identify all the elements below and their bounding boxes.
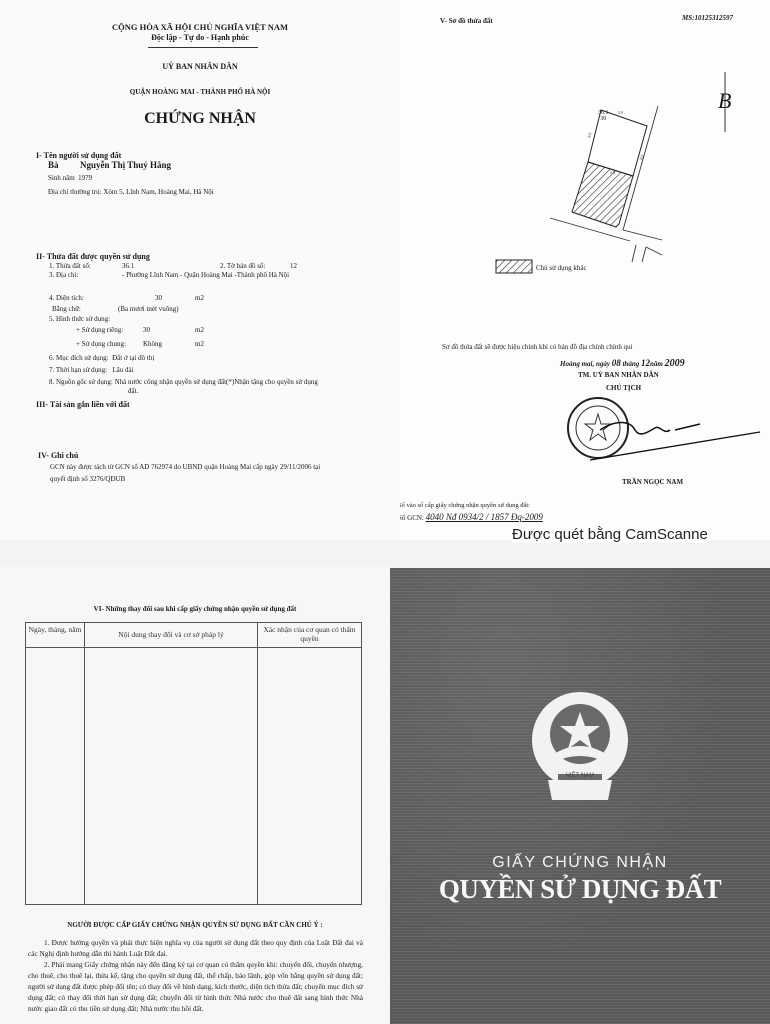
svg-text:3.9: 3.9 — [618, 110, 623, 115]
shared-use-value: Không — [143, 340, 162, 348]
national-emblem-icon — [518, 688, 642, 808]
svg-text:8.0: 8.0 — [638, 154, 644, 160]
header-divider — [148, 47, 258, 48]
term-value: Lâu dài — [112, 366, 133, 374]
legend-label: Chủ sử dụng khác — [536, 264, 587, 272]
signatory-org: TM. UỶ BAN NHÂN DÂN — [578, 371, 659, 379]
birth-year: 1979 — [78, 174, 92, 182]
area-label: 4. Diện tích: — [49, 294, 84, 302]
north-symbol: B — [718, 88, 731, 114]
private-use-unit: m2 — [195, 326, 204, 334]
note-line-2: quyết định số 3276/QĐUB — [50, 475, 125, 483]
certificate-cover: VIỆT NAM GIẤY CHỨNG NHẬN QUYỀN SỬ DỤNG Đ… — [390, 568, 770, 1024]
cover-title: QUYỀN SỬ DỤNG ĐẤT — [390, 874, 770, 905]
section5-heading: V- Sơ đồ thửa đất — [440, 17, 493, 25]
map-sheet-number: 12 — [290, 262, 297, 270]
parcel-address: - Phường Lĩnh Nam - Quận Hoàng Mai -Thàn… — [122, 271, 289, 279]
parcel-label: 1. Thửa đất số: — [49, 262, 91, 270]
area-in-words: (Ba mươi mét vuông) — [118, 305, 179, 313]
shared-use-unit: m2 — [195, 340, 204, 348]
motto: Độc lập - Tự do - Hạnh phúc — [0, 33, 400, 42]
usage-form-label: 5. Hình thức sử dụng: — [49, 315, 110, 323]
cover-subtitle: GIẤY CHỨNG NHẬN — [390, 854, 770, 872]
private-use-label: + Sử dụng riêng: — [76, 326, 123, 334]
purpose-label: 6. Mục đích sử dụng: — [49, 354, 109, 362]
origin-value: Nhà nước công nhận quyền sử dụng đất(*)N… — [115, 378, 318, 386]
republic-header: CỘNG HÒA XÃ HỘI CHỦ NGHĨA VIỆT NAM — [0, 22, 400, 32]
term-label: 7. Thời hạn sử dụng: — [49, 366, 107, 374]
col-confirmation: Xác nhận của cơ quan có thẩm quyền — [258, 623, 362, 648]
section6-heading: VI- Những thay đổi sau khi cấp giấy chứn… — [0, 605, 390, 613]
certificate-page-1: CỘNG HÒA XÃ HỘI CHỦ NGHĨA VIỆT NAM Độc l… — [0, 0, 400, 540]
camscanner-watermark: Được quét bằng CamScanne — [512, 526, 708, 543]
district-name: QUẬN HOÀNG MAI - THÀNH PHỐ HÀ NỘI — [0, 88, 400, 96]
area-words-label: Bằng chữ: — [52, 305, 81, 313]
gcn-label: Số GCN: — [400, 514, 424, 522]
owner-salutation: Bà — [48, 160, 59, 170]
origin-value-cont: đất. — [128, 387, 138, 395]
official-seal-and-signature — [560, 390, 770, 470]
col-date: Ngày, tháng, năm — [26, 623, 85, 648]
section1-heading: I- Tên người sử dụng đất — [36, 151, 121, 160]
owner-address: Xóm 5, Lĩnh Nam, Hoàng Mai, Hà Nội — [103, 188, 213, 196]
private-use-value: 30 — [143, 326, 150, 334]
birth-label: Sinh năm — [48, 174, 75, 182]
owner-name: Nguyễn Thị Thuý Hằng — [80, 160, 171, 170]
committee-name: UỶ BAN NHÂN DÂN — [0, 62, 400, 71]
date-year: 2009 — [665, 358, 685, 369]
notice-item-1: 1. Được hưởng quyền và phải thực hiện ng… — [28, 937, 363, 959]
signatory-name: TRẦN NGỌC NAM — [622, 478, 683, 486]
serial-number: MS:10125312597 — [682, 14, 733, 22]
parcel-diagram: 3.9 8.0 8.0 3.9 — [470, 40, 770, 290]
purpose-value: Đất ở tại đô thị — [112, 354, 154, 362]
gcn-number: 4040 Nđ 0934/2 / 1857 Đq-2009 — [426, 512, 543, 522]
date-month: 12 — [641, 358, 650, 368]
correction-note: Sơ đồ thửa đất sẽ được hiệu chỉnh khi có… — [442, 343, 633, 351]
area-unit: m2 — [195, 294, 204, 302]
col-content: Nội dung thay đổi và cơ sở pháp lý — [85, 623, 258, 648]
area-value: 30 — [155, 294, 162, 302]
shared-use-label: + Sử dụng chung: — [76, 340, 126, 348]
signing-date: Hoàng mai, ngày 08 tháng 12năm 2009 — [560, 358, 685, 369]
parcel-address-label: 3. Địa chỉ: — [49, 271, 78, 279]
date-month-label: tháng — [622, 360, 639, 368]
section4-heading: IV- Ghi chú — [38, 451, 78, 460]
address-label: Địa chỉ thường trú: — [48, 188, 102, 196]
registry-label: Số vào sổ cấp giấy chứng nhận quyền sử d… — [400, 502, 530, 509]
date-place: Hoàng mai, ngày — [560, 360, 610, 368]
certificate-page-3: VI- Những thay đổi sau khi cấp giấy chứn… — [0, 565, 390, 1024]
notice-item-2: 2. Phải mang Giấy chứng nhận này đến đăn… — [28, 959, 363, 1014]
svg-text:8.0: 8.0 — [586, 132, 592, 138]
date-year-label: năm — [650, 360, 663, 368]
document-title: CHỨNG NHẬN — [0, 110, 400, 128]
emblem-ribbon: VIỆT NAM — [548, 773, 612, 779]
parcel-number: 36.1 — [122, 262, 134, 270]
table-row-empty — [26, 648, 362, 905]
section3-heading: III- Tài sản gắn liền với đất — [36, 400, 130, 409]
svg-text:3.9: 3.9 — [610, 170, 615, 175]
origin-label: 8. Nguồn gốc sử dụng: — [49, 378, 113, 386]
map-sheet-label: 2. Tờ bản đồ số: — [220, 262, 265, 270]
changes-table: Ngày, tháng, năm Nội dung thay đổi và cơ… — [25, 622, 362, 905]
plot-label: 36.1 30 — [598, 110, 609, 122]
date-day: 08 — [612, 358, 621, 368]
section2-heading: II- Thửa đất được quyền sử dụng — [36, 252, 150, 261]
certificate-page-2: V- Sơ đồ thửa đất MS:10125312597 3.9 8.0… — [400, 0, 770, 540]
note-line-1: GCN này được tách từ GCN số AD 762974 do… — [50, 463, 320, 471]
notice-heading: NGƯỜI ĐƯỢC CẤP GIẤY CHỨNG NHẬN QUYỀN SỬ … — [0, 921, 390, 929]
